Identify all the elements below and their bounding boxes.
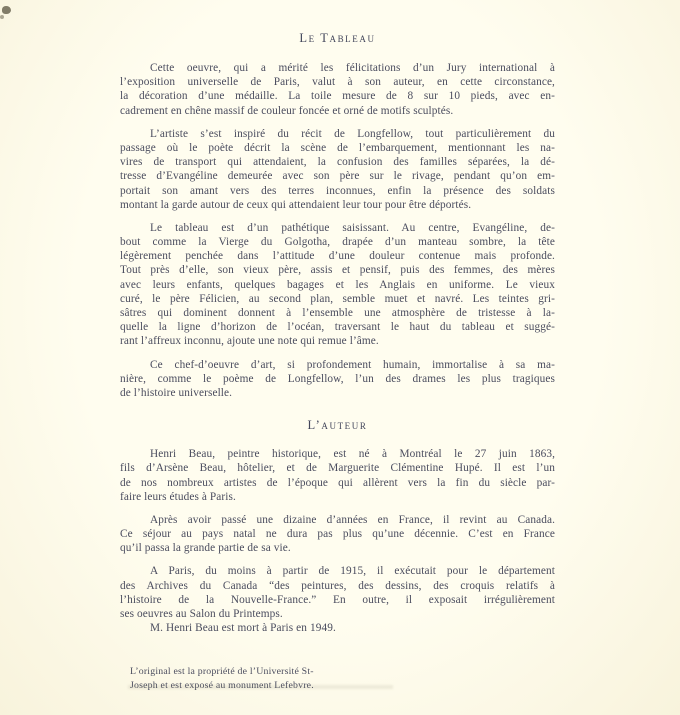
text-line: curé, le père Félicien, au second plan, …: [120, 292, 555, 306]
text-line: Tout près d’elle, son vieux père, assis …: [120, 263, 555, 277]
text-line: la décoration d’une médaille. La toile m…: [120, 89, 555, 103]
text-line: montant la garde autour de ceux qui atte…: [120, 198, 555, 212]
paragraph: Henri Beau, peintre historique, est né à…: [120, 447, 555, 504]
text-line: Cette oeuvre, qui a mérité les félicitat…: [120, 61, 555, 75]
text-line: légèrement penchée dans l’attitude d’une…: [120, 249, 555, 263]
scan-artifact: [128, 685, 393, 689]
section-heading-le-tableau: Le Tableau: [120, 30, 555, 46]
text-line: de nos nombreux artistes de l’époque qui…: [120, 476, 555, 490]
text-line: cadrement en chêne massif de couleur fon…: [120, 104, 555, 118]
paragraph: L’artiste s’est inspiré du récit de Long…: [120, 127, 555, 212]
text-line: bout comme la Vierge du Golgotha, drapée…: [120, 235, 555, 249]
scan-artifact: [2, 6, 11, 14]
text-line: portait son amant vers des terres inconn…: [120, 184, 555, 198]
text-line: avec leurs enfants, quelques bagages et …: [120, 278, 555, 292]
text-line: passage où le poète décrit la scène de l…: [120, 141, 555, 155]
text-line: nière, comme le poème de Longfellow, l’u…: [120, 372, 555, 386]
text-line: A Paris, du moins à partir de 1915, il e…: [120, 564, 555, 578]
text-line: sâtres qui dominent donnent à l’ensemble…: [120, 306, 555, 320]
text-line: ses oeuvres au Salon du Printemps.: [120, 607, 555, 621]
text-line: Henri Beau, peintre historique, est né à…: [120, 447, 555, 461]
text-line: rant l’affreux inconnu, ajoute une note …: [120, 334, 555, 348]
paragraph: Ce chef-d’oeuvre d’art, si profondement …: [120, 358, 555, 401]
text-line: Le tableau est d’un pathétique saisissan…: [120, 221, 555, 235]
text-line: Ce chef-d’oeuvre d’art, si profondement …: [120, 358, 555, 372]
footnote-line: L’original est la propriété de l’Univers…: [130, 665, 362, 679]
text-line: L’artiste s’est inspiré du récit de Long…: [120, 127, 555, 141]
text-line: qu’il passa la grande partie de sa vie.: [120, 541, 555, 555]
text-line: Après avoir passé une dizaine d’années e…: [120, 513, 555, 527]
text-line: tresse d’Evangéline demeurée avec son pè…: [120, 169, 555, 183]
document-page: Le Tableau Cette oeuvre, qui a mérité le…: [0, 0, 680, 715]
text-line: des Archives du Canada “des peintures, d…: [120, 579, 555, 593]
section-heading-l-auteur: L’auteur: [120, 417, 555, 433]
text-line: Ce séjour au pays natal ne dura pas plus…: [120, 527, 555, 541]
text-line: M. Henri Beau est mort à Paris en 1949.: [120, 621, 555, 635]
text-line: quelle la ligne d’horizon de l’océan, tr…: [120, 320, 555, 334]
text-line: de l’histoire universelle.: [120, 386, 555, 400]
paragraph: Le tableau est d’un pathétique saisissan…: [120, 221, 555, 349]
text-line: faire leurs études à Paris.: [120, 490, 555, 504]
scan-artifact: [0, 15, 4, 19]
text-line: fils d’Arsène Beau, hôtelier, et de Marg…: [120, 461, 555, 475]
paragraph: A Paris, du moins à partir de 1915, il e…: [120, 564, 555, 621]
paragraph: Après avoir passé une dizaine d’années e…: [120, 513, 555, 556]
paragraph: M. Henri Beau est mort à Paris en 1949.: [120, 621, 555, 635]
text-line: l’exposition universelle de Paris, valut…: [120, 75, 555, 89]
text-line: l’histoire de la Nouvelle-France.” En ou…: [120, 593, 555, 607]
paragraph: Cette oeuvre, qui a mérité les félicitat…: [120, 61, 555, 118]
text-line: vires de transport qui attendaient, la c…: [120, 155, 555, 169]
